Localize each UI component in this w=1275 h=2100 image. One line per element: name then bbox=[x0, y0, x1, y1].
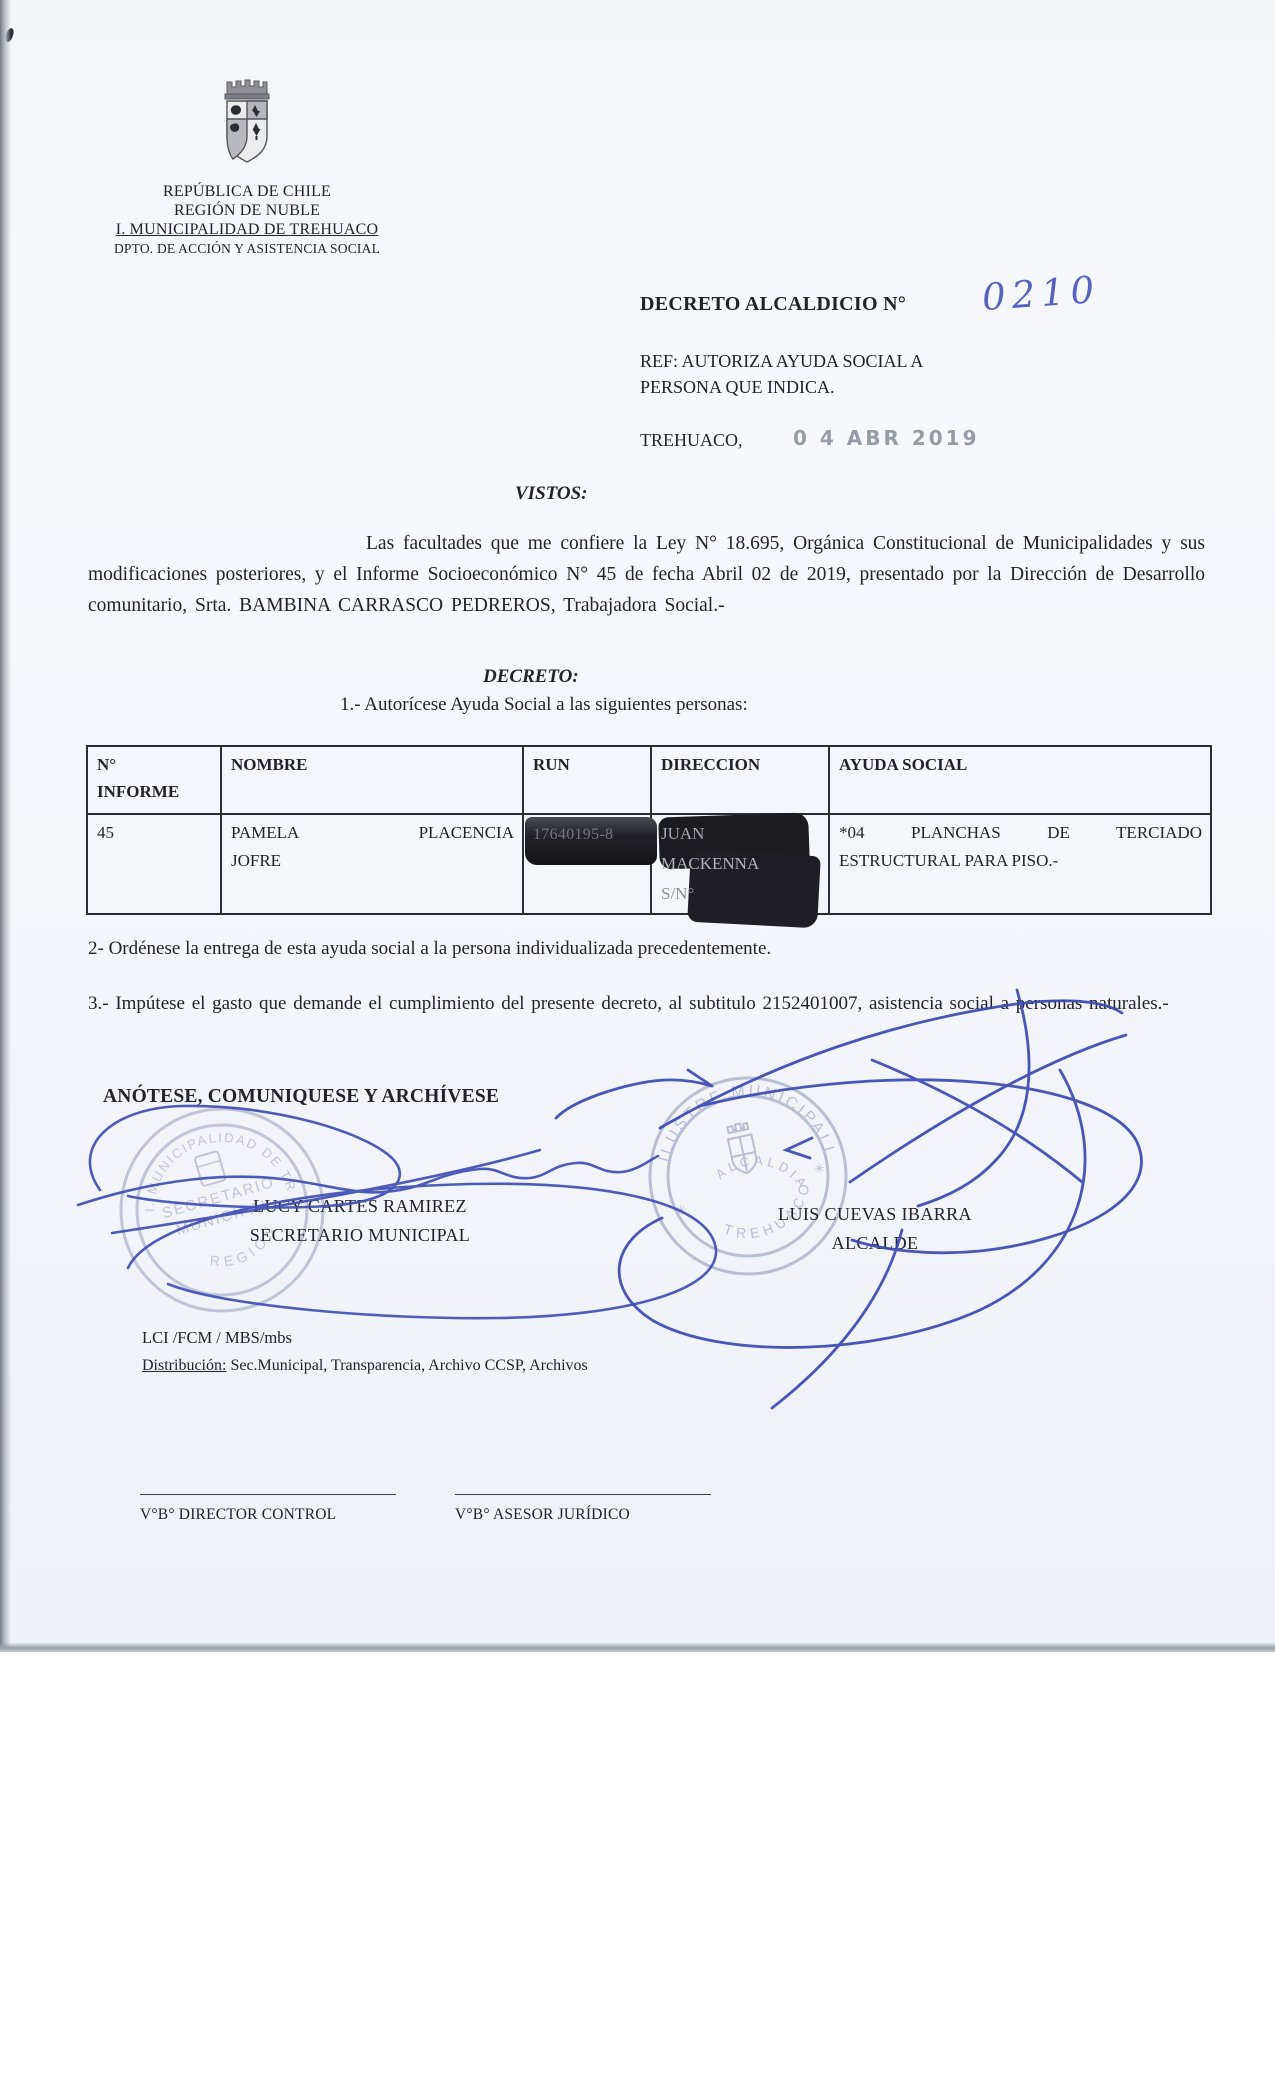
vistos-heading: VISTOS: bbox=[515, 483, 588, 505]
secretary-signature-block: LUCY CARTES RAMIREZ SECRETARIO MUNICIPAL bbox=[150, 1192, 570, 1250]
decreto-item-1: 1.- Autorícese Ayuda Social a las siguie… bbox=[340, 694, 748, 716]
decree-number-handwritten: 0210 bbox=[981, 268, 1102, 319]
scanned-document-page: REPÚBLICA DE CHILE REGIÓN DE NUBLE I. MU… bbox=[0, 0, 1275, 2100]
decreto-item-3: 3.- Impútese el gasto que demande el cum… bbox=[88, 988, 1205, 1019]
ref-block: REF: AUTORIZA AYUDA SOCIAL A PERSONA QUE… bbox=[640, 348, 1040, 400]
distribution-line: Distribución: Sec.Municipal, Transparenc… bbox=[142, 1357, 588, 1375]
header-nombre: NOMBRE bbox=[221, 746, 523, 814]
mayor-stamp-star-right: ✳ bbox=[813, 1160, 827, 1177]
cell-direccion: JUAN MACKENNA S/N° bbox=[651, 814, 829, 914]
mayor-signature bbox=[556, 990, 1141, 1408]
vistos-paragraph: Las facultades que me confiere la Ley N°… bbox=[88, 528, 1205, 621]
vb-director-control: V°B° DIRECTOR CONTROL bbox=[140, 1506, 336, 1524]
letterhead: REPÚBLICA DE CHILE REGIÓN DE NUBLE I. MU… bbox=[88, 182, 406, 258]
letterhead-region: REGIÓN DE NUBLE bbox=[88, 201, 406, 220]
vb-juridico-signature-line bbox=[455, 1494, 711, 1495]
table-row: 45 PAMELA PLACENCIA JOFRE 17640195-8 JU bbox=[87, 814, 1211, 914]
coat-of-arms-icon bbox=[203, 74, 291, 176]
date-stamp: 0 4 ABR 2019 bbox=[793, 426, 980, 450]
cell-ayuda-social: *04 PLANCHAS DE TERCIADO ESTRUCTURAL PAR… bbox=[829, 814, 1211, 914]
decree-title: DECRETO ALCALDICIO N° bbox=[640, 293, 906, 316]
mayor-name: LUIS CUEVAS IBARRA bbox=[660, 1200, 1090, 1229]
distribution-label: Distribución: bbox=[142, 1357, 226, 1374]
distribution-value: Sec.Municipal, Transparencia, Archivo CC… bbox=[226, 1357, 587, 1374]
letterhead-country: REPÚBLICA DE CHILE bbox=[88, 182, 406, 201]
cell-run: 17640195-8 bbox=[523, 814, 651, 914]
letterhead-municipality: I. MUNICIPALIDAD DE TREHUACO bbox=[88, 220, 406, 239]
run-value: 17640195-8 bbox=[533, 819, 642, 849]
cell-nombre: PAMELA PLACENCIA JOFRE bbox=[221, 814, 523, 914]
table-header-row: N° INFORME NOMBRE RUN DIRECCION AYUDA SO… bbox=[87, 746, 1211, 814]
decreto-heading: DECRETO: bbox=[483, 666, 579, 688]
decreto-item-2: 2- Ordénese la entrega de esta ayuda soc… bbox=[88, 938, 1205, 960]
header-run: RUN bbox=[523, 746, 651, 814]
mayor-stamp-icon: ILUSTRE MUNICIPALIDAD ALCALDIA TREHUACO … bbox=[622, 1050, 873, 1301]
header-informe: N° INFORME bbox=[87, 746, 221, 814]
paper-sheet: REPÚBLICA DE CHILE REGIÓN DE NUBLE I. MU… bbox=[0, 0, 1275, 1650]
mayor-title: ALCALDE bbox=[660, 1229, 1090, 1258]
ref-line2: PERSONA QUE INDICA. bbox=[640, 374, 1040, 400]
vb-control-signature-line bbox=[140, 1494, 396, 1495]
responsibility-initials: LCI /FCM / MBS/mbs bbox=[142, 1328, 292, 1348]
secretary-name: LUCY CARTES RAMIREZ bbox=[150, 1192, 570, 1221]
mayor-stamp-arc-top: ILUSTRE MUNICIPALIDAD bbox=[622, 1050, 838, 1196]
mayor-signature-block: LUIS CUEVAS IBARRA ALCALDE bbox=[660, 1200, 1090, 1258]
closing-order: ANÓTESE, COMUNIQUESE Y ARCHÍVESE bbox=[103, 1086, 499, 1108]
scan-bottom-edge bbox=[0, 1643, 1275, 1652]
secretary-title: SECRETARIO MUNICIPAL bbox=[150, 1221, 570, 1250]
scan-left-edge bbox=[0, 0, 11, 1650]
beneficiaries-table: N° INFORME NOMBRE RUN DIRECCION AYUDA SO… bbox=[86, 745, 1212, 915]
vb-asesor-juridico: V°B° ASESOR JURÍDICO bbox=[455, 1506, 630, 1524]
header-direccion: DIRECCION bbox=[651, 746, 829, 814]
header-ayuda-social: AYUDA SOCIAL bbox=[829, 746, 1211, 814]
cell-informe: 45 bbox=[87, 814, 221, 914]
place-label: TREHUACO, bbox=[640, 430, 743, 451]
letterhead-department: DPTO. DE ACCIÓN Y ASISTENCIA SOCIAL bbox=[88, 239, 406, 258]
ref-line1: REF: AUTORIZA AYUDA SOCIAL A bbox=[640, 348, 1040, 374]
svg-text:ILUSTRE MUNICIPALIDAD: ILUSTRE MUNICIPALIDAD bbox=[622, 1050, 838, 1196]
